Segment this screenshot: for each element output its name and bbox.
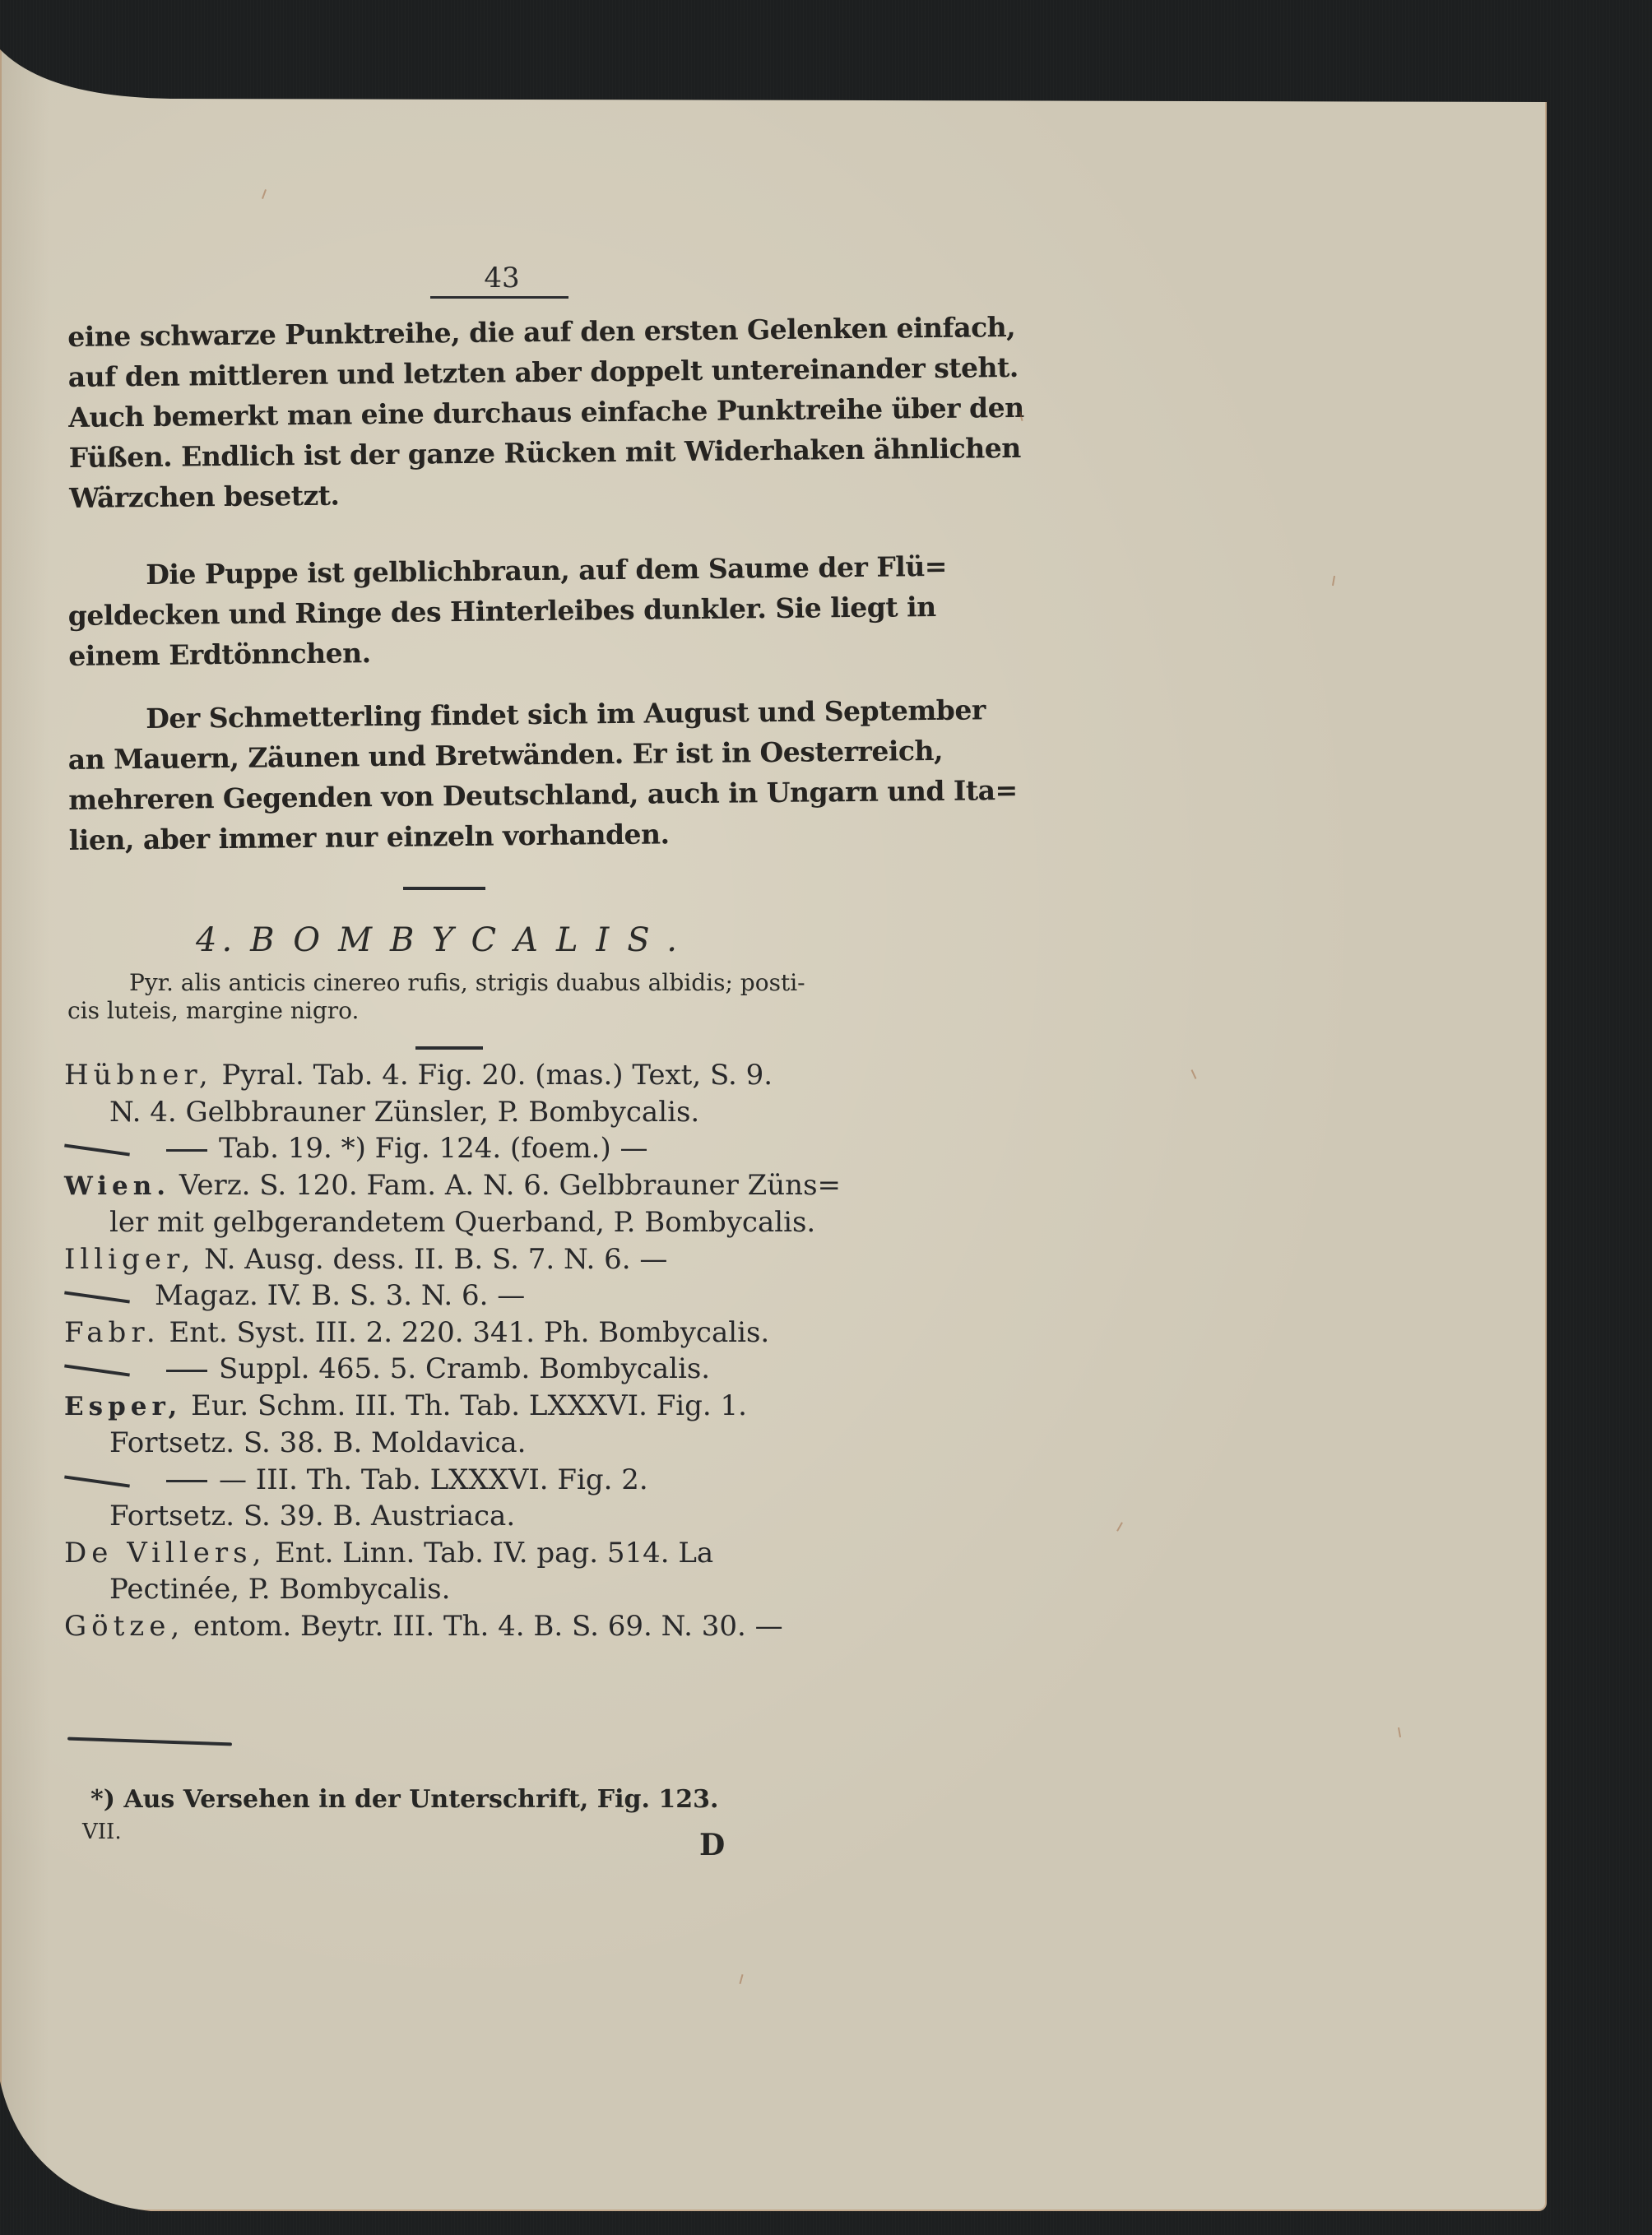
reference-entry: Fortsetz. S. 39. B. Austriaca.	[64, 1498, 928, 1535]
reference-entry: Fortsetz. S. 38. B. Moldavica.	[64, 1425, 928, 1462]
reference-author: De Villers,	[64, 1537, 266, 1570]
dash-mark	[166, 1149, 207, 1152]
reference-text: Eur. Schm. III. Th. Tab. LXXXVI. Fig. 1.	[191, 1389, 747, 1422]
page-number: 43	[428, 262, 576, 294]
reference-entry: N. 4. Gelbbrauner Zünsler, P. Bombycalis…	[64, 1094, 928, 1131]
reference-entry: Götze, entom. Beytr. III. Th. 4. B. S. 6…	[64, 1608, 928, 1645]
ditto-mark	[64, 1291, 130, 1303]
reference-text: entom. Beytr. III. Th. 4. B. S. 69. N. 3…	[193, 1610, 783, 1643]
section-number: 4.	[196, 921, 237, 959]
reference-author: Hübner,	[64, 1059, 213, 1092]
section-divider	[403, 887, 485, 890]
ditto-mark	[64, 1475, 130, 1487]
catchword: D	[699, 1828, 725, 1862]
ditto-mark	[64, 1364, 130, 1376]
reference-entry: Esper, Eur. Schm. III. Th. Tab. LXXXVI. …	[64, 1388, 928, 1426]
page-number-rule	[430, 296, 568, 299]
reference-entry: Hübner, Pyral. Tab. 4. Fig. 20. (mas.) T…	[64, 1057, 928, 1094]
reference-text: Pectinée, P. Bombycalis.	[109, 1573, 450, 1606]
reference-entry: Suppl. 465. 5. Cramb. Bombycalis.	[64, 1351, 928, 1388]
reference-text: Tab. 19. *) Fig. 124. (foem.) —	[219, 1132, 648, 1165]
reference-author: Götze,	[64, 1610, 184, 1643]
reference-text: N. Ausg. dess. II. B. S. 7. N. 6. —	[204, 1243, 667, 1276]
signature-mark: VII.	[82, 1820, 122, 1844]
paragraph-pupa-description: Die Puppe ist gelblichbraun, auf dem Sau…	[67, 546, 924, 676]
reference-author: Fabr.	[64, 1316, 160, 1349]
reference-author: Esper,	[64, 1392, 182, 1421]
reference-text: Fortsetz. S. 38. B. Moldavica.	[109, 1426, 526, 1459]
reference-entry: — III. Th. Tab. LXXXVI. Fig. 2.	[64, 1462, 928, 1499]
reference-text: — III. Th. Tab. LXXXVI. Fig. 2.	[219, 1463, 648, 1496]
reference-text: ler mit gelbgerandetem Querband, P. Bomb…	[109, 1206, 815, 1239]
footnote: *) Aus Versehen in der Unterschrift, Fig…	[90, 1785, 718, 1814]
reference-entry: Tab. 19. *) Fig. 124. (foem.) —	[64, 1130, 928, 1167]
section-title: 4.BOMBYCALIS.	[196, 921, 695, 959]
ditto-mark	[64, 1143, 130, 1156]
reference-entry: Pectinée, P. Bombycalis.	[64, 1571, 928, 1608]
reference-text: Suppl. 465. 5. Cramb. Bombycalis.	[219, 1352, 710, 1385]
reference-entry: De Villers, Ent. Linn. Tab. IV. pag. 514…	[64, 1535, 928, 1572]
reference-entry: Fabr. Ent. Syst. III. 2. 220. 341. Ph. B…	[64, 1315, 928, 1352]
reference-text: N. 4. Gelbbrauner Zünsler, P. Bombycalis…	[109, 1096, 699, 1129]
reference-text: Magaz. IV. B. S. 3. N. 6. —	[155, 1279, 525, 1312]
reference-entry: Magaz. IV. B. S. 3. N. 6. —	[64, 1277, 928, 1315]
species-name: BOMBYCALIS.	[250, 921, 695, 959]
dash-mark	[166, 1370, 207, 1372]
text-line: Pyr. alis anticis cinereo rufis, strigis…	[67, 969, 923, 997]
paragraph-habitat: Der Schmetterling findet sich im August …	[67, 690, 925, 860]
reference-text: Verz. S. 120. Fam. A. N. 6. Gelbbrauner …	[179, 1169, 841, 1202]
references-divider	[415, 1046, 483, 1050]
reference-author: Wien.	[64, 1171, 170, 1201]
reference-author: Illiger,	[64, 1243, 195, 1276]
reference-text: Pyral. Tab. 4. Fig. 20. (mas.) Text, S. …	[221, 1059, 773, 1092]
reference-entry: Illiger, N. Ausg. dess. II. B. S. 7. N. …	[64, 1241, 928, 1278]
reference-entry: ler mit gelbgerandetem Querband, P. Bomb…	[64, 1204, 928, 1241]
latin-diagnosis: Pyr. alis anticis cinereo rufis, strigis…	[67, 969, 923, 1025]
reference-entry: Wien. Verz. S. 120. Fam. A. N. 6. Gelbbr…	[64, 1167, 928, 1205]
references-list: Hübner, Pyral. Tab. 4. Fig. 20. (mas.) T…	[64, 1057, 928, 1644]
dash-mark	[166, 1480, 207, 1482]
paragraph-larva-description: eine schwarze Punktreihe, die auf den er…	[67, 308, 926, 518]
reference-text: Fortsetz. S. 39. B. Austriaca.	[109, 1500, 515, 1533]
text-line: cis luteis, margine nigro.	[67, 997, 923, 1025]
reference-text: Ent. Linn. Tab. IV. pag. 514. La	[275, 1537, 713, 1570]
reference-text: Ent. Syst. III. 2. 220. 341. Ph. Bombyca…	[169, 1316, 769, 1349]
